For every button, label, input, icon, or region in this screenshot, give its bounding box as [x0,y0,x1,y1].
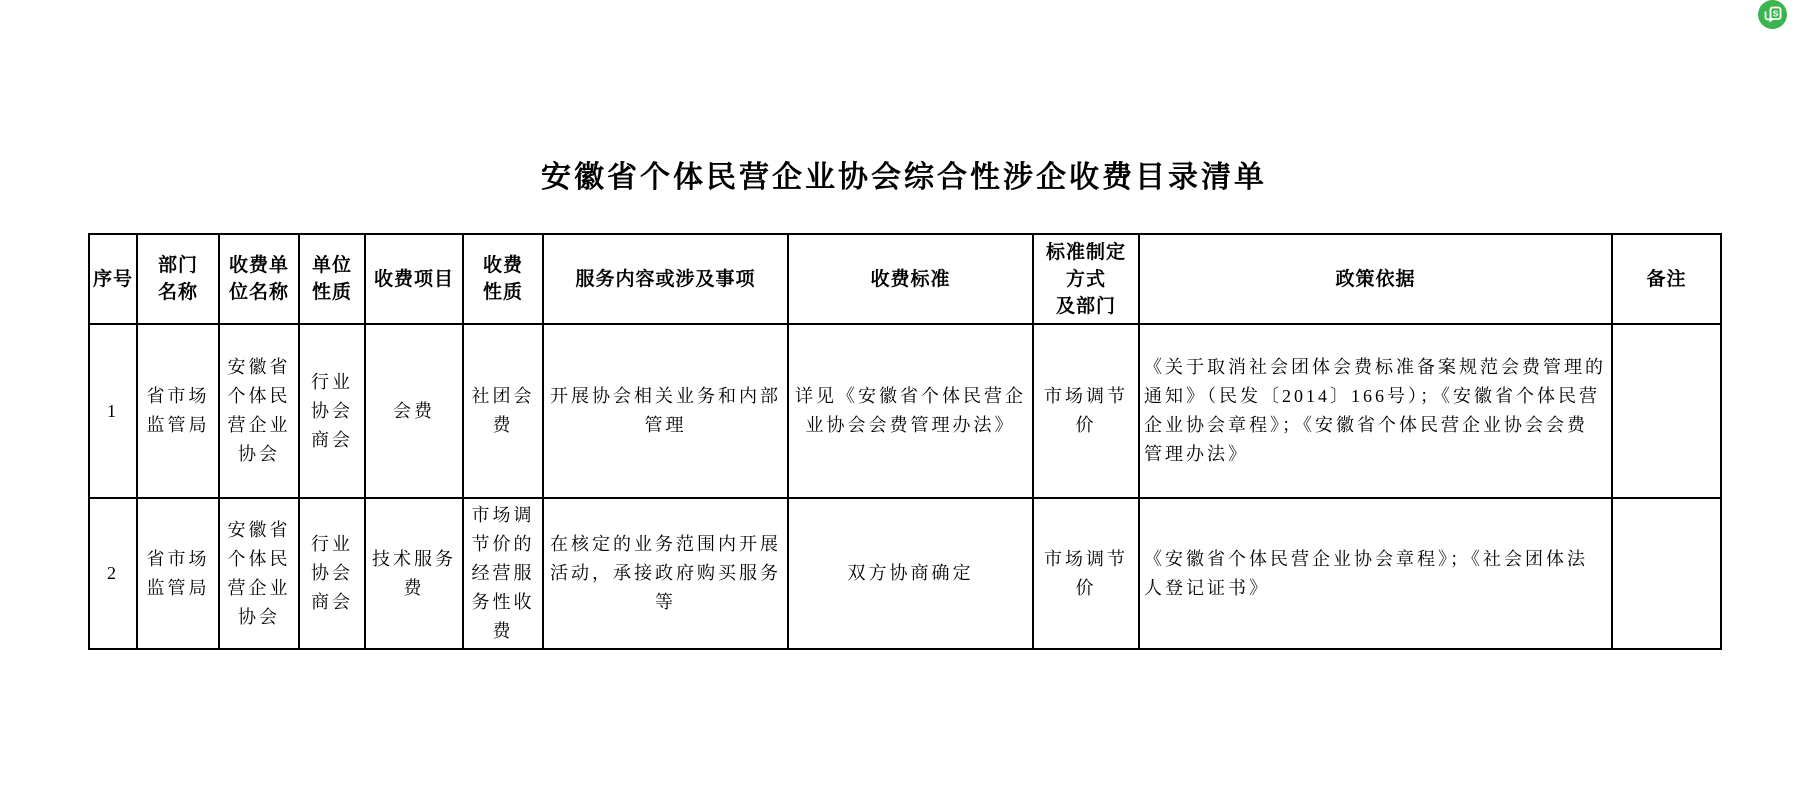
header-seq: 序号 [89,234,137,324]
header-fee-nature: 收费 性质 [463,234,543,324]
cell-standard-method: 市场调节价 [1033,324,1139,498]
document-page: { "page": { "title": "安徽省个体民营企业协会综合性涉企收费… [0,0,1799,795]
cell-fee-item: 技术服务费 [365,498,463,649]
header-unit-nature: 单位 性质 [299,234,365,324]
cell-remark [1612,324,1721,498]
cell-policy-basis: 《关于取消社会团体会费标准备案规范会费管理的通知》（民发〔2014〕166号）；… [1139,324,1612,498]
cell-fee-standard: 双方协商确定 [788,498,1033,649]
cell-standard-method: 市场调节价 [1033,498,1139,649]
cell-department: 省市场监管局 [137,498,219,649]
cell-seq: 1 [89,324,137,498]
cell-unit-nature: 行业协会商会 [299,324,365,498]
svg-text:S: S [1773,9,1779,19]
header-charging-unit: 收费单 位名称 [219,234,299,324]
header-policy-basis: 政策依据 [1139,234,1612,324]
header-fee-item: 收费项目 [365,234,463,324]
cell-fee-nature: 社团会费 [463,324,543,498]
cell-policy-basis: 《安徽省个体民营企业协会章程》；《社会团体法人登记证书》 [1139,498,1612,649]
cell-remark [1612,498,1721,649]
header-department: 部门 名称 [137,234,219,324]
cell-service-content: 开展协会相关业务和内部管理 [543,324,788,498]
cell-charging-unit: 安徽省个体民营企业协会 [219,498,299,649]
cell-department: 省市场监管局 [137,324,219,498]
cell-fee-nature: 市场调节价的经营服务性收费 [463,498,543,649]
page-title: 安徽省个体民营企业协会综合性涉企收费目录清单 [88,152,1720,196]
fee-catalog-table: 序号 部门 名称 收费单 位名称 单位 性质 收费项目 收费 性质 服务内容或涉… [88,233,1722,650]
cell-seq: 2 [89,498,137,649]
header-remark: 备注 [1612,234,1721,324]
capture-tool-icon: S [1757,0,1788,31]
table-row: 1 省市场监管局 安徽省个体民营企业协会 行业协会商会 会费 社团会费 开展协会… [89,324,1721,498]
cell-fee-item: 会费 [365,324,463,498]
floating-capture-tool-icon[interactable]: S [1757,0,1788,31]
header-standard-method: 标准制定 方式 及部门 [1033,234,1139,324]
cell-unit-nature: 行业协会商会 [299,498,365,649]
cell-service-content: 在核定的业务范围内开展活动，承接政府购买服务等 [543,498,788,649]
header-fee-standard: 收费标准 [788,234,1033,324]
table-row: 2 省市场监管局 安徽省个体民营企业协会 行业协会商会 技术服务费 市场调节价的… [89,498,1721,649]
header-service-content: 服务内容或涉及事项 [543,234,788,324]
table-header-row: 序号 部门 名称 收费单 位名称 单位 性质 收费项目 收费 性质 服务内容或涉… [89,234,1721,324]
cell-charging-unit: 安徽省个体民营企业协会 [219,324,299,498]
cell-fee-standard: 详见《安徽省个体民营企业协会会费管理办法》 [788,324,1033,498]
